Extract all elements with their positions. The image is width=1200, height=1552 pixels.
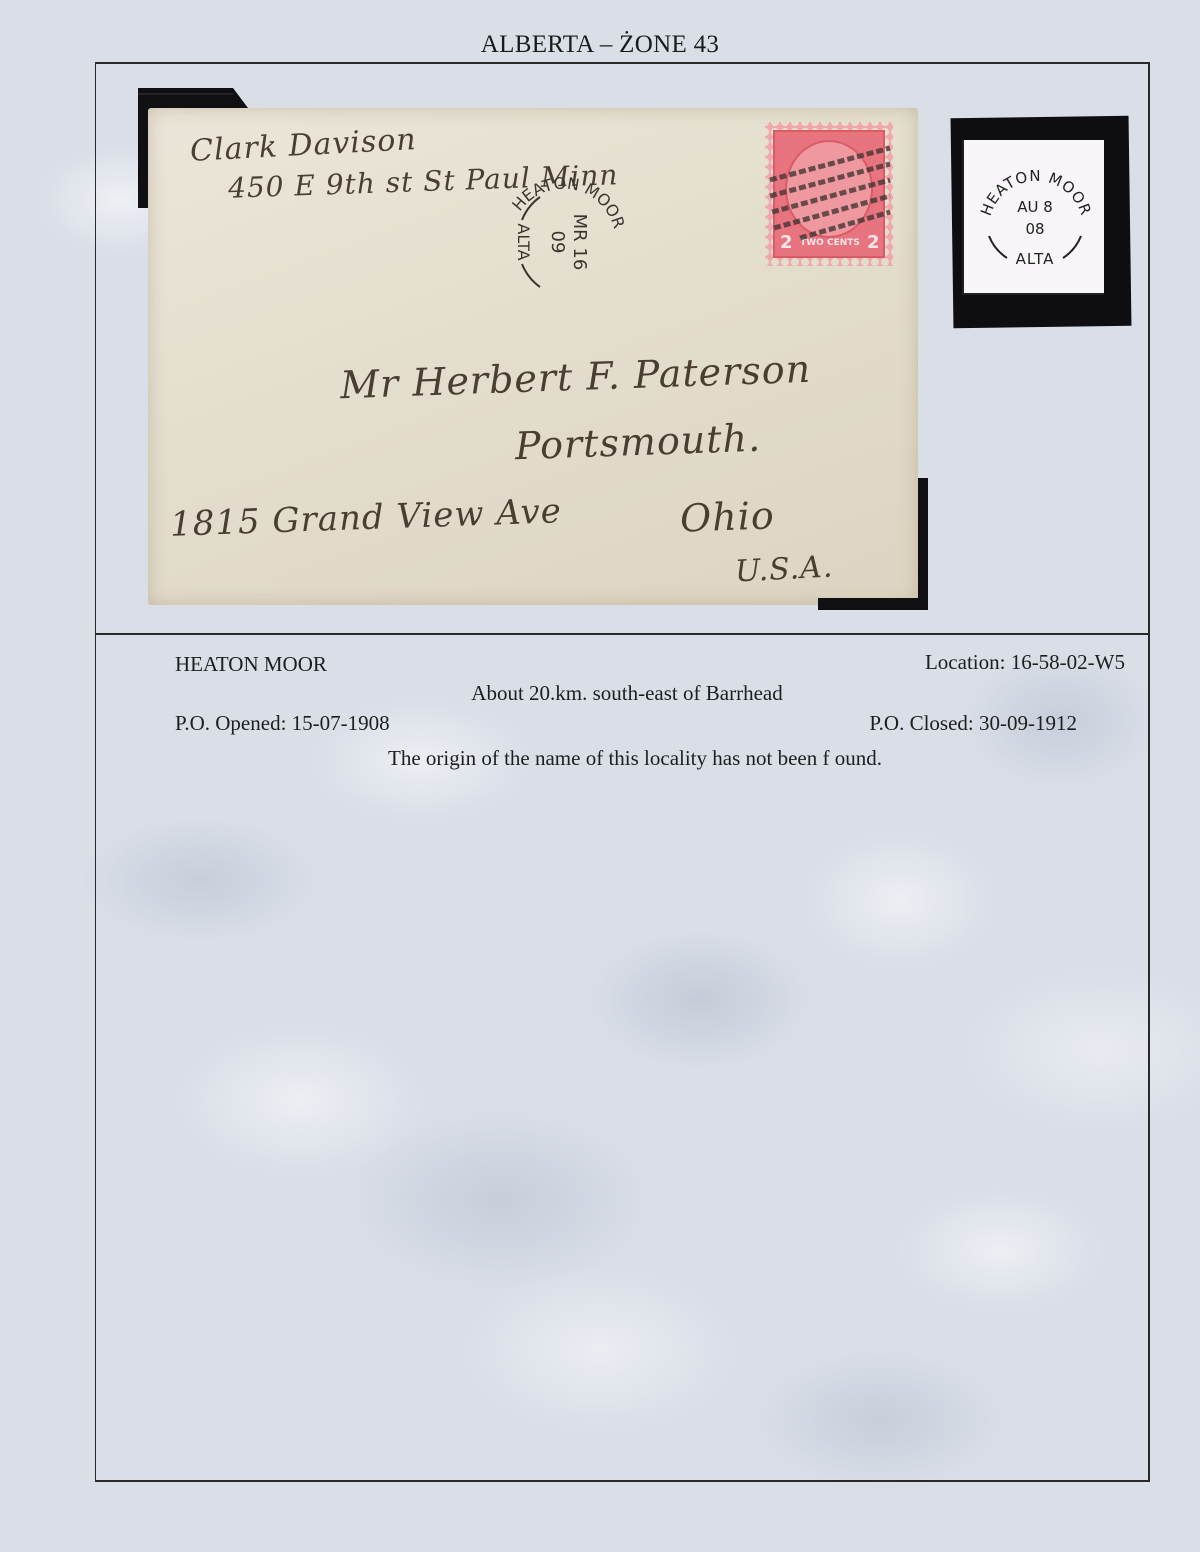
distance-description: About 20.km. south-east of Barrhead bbox=[0, 681, 1200, 705]
location-legal-description: Location: 16-58-02-W5 bbox=[925, 650, 1125, 674]
svg-text:09: 09 bbox=[547, 231, 568, 254]
photo-corner-bottom-right bbox=[818, 478, 928, 610]
stamp-value-left: 2 bbox=[780, 232, 793, 253]
stamp-portrait-oval bbox=[785, 140, 873, 238]
postmark-strike: HEATON MOOR AU 8 08 ALTA bbox=[975, 150, 1095, 280]
stamp-caption: TWO CENTS bbox=[800, 238, 860, 248]
recipient-city: Portsmouth. bbox=[514, 416, 761, 469]
svg-text:ALTA: ALTA bbox=[1016, 250, 1055, 268]
closed-date: P.O. Closed: 30-09-1912 bbox=[869, 711, 1077, 735]
svg-text:HEATON MOOR: HEATON MOOR bbox=[508, 173, 628, 230]
page-title: ALBERTA – ŻONE 43 bbox=[0, 30, 1200, 60]
post-office-name: HEATON MOOR bbox=[175, 652, 327, 676]
stamp-value-right: 2 bbox=[867, 232, 880, 253]
name-origin-note: The origin of the name of this locality … bbox=[0, 746, 1200, 770]
svg-text:MR 16: MR 16 bbox=[569, 214, 590, 271]
opened-date: P.O. Opened: 15-07-1908 bbox=[175, 711, 390, 735]
svg-text:AU 8: AU 8 bbox=[1017, 198, 1053, 216]
section-divider bbox=[95, 633, 1150, 635]
recipient-state: Ohio bbox=[679, 493, 775, 540]
svg-text:ALTA: ALTA bbox=[514, 223, 533, 260]
svg-text:08: 08 bbox=[1025, 220, 1044, 238]
cover-postmark: HEATON MOOR MR 16 09 ALTA bbox=[500, 172, 640, 312]
recipient-country: U.S.A. bbox=[734, 549, 834, 589]
